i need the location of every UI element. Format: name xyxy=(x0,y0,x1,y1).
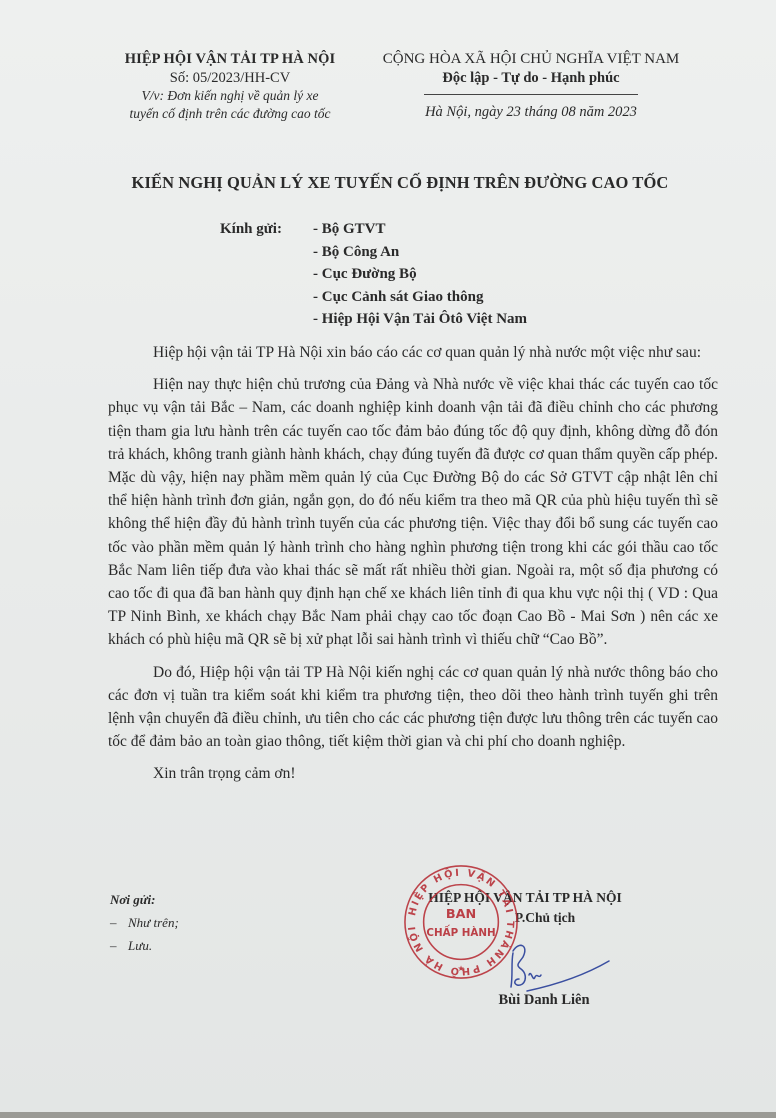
subject-line-2: tuyến cố định trên các đường cao tốc xyxy=(80,105,380,123)
document-body: Hiệp hội vận tải TP Hà Nội xin báo cáo c… xyxy=(108,341,718,795)
nation-name: CỘNG HÒA XÃ HỘI CHỦ NGHĨA VIỆT NAM xyxy=(370,50,692,69)
motto-underline xyxy=(424,94,638,95)
list-dash: – xyxy=(110,934,128,957)
signer-name: Bùi Danh Liên xyxy=(458,990,630,1010)
signing-organization: HIỆP HỘI VẬN TẢI TP HÀ NỘI xyxy=(420,888,630,908)
recipient-item: - Bộ Công An xyxy=(313,241,399,264)
distribution-item: Như trên; xyxy=(128,915,179,930)
recipient-item: - Bộ GTVT xyxy=(313,218,386,241)
issuer-header: HIỆP HỘI VẬN TẢI TP HÀ NỘI Số: 05/2023/H… xyxy=(80,50,380,123)
distribution-list: Nơi gửi: –Như trên; –Lưu. xyxy=(110,888,179,957)
body-paragraph-situation: Hiện nay thực hiện chủ trương của Đảng v… xyxy=(108,373,718,651)
body-paragraph-request: Do đó, Hiệp hội vận tải TP Hà Nội kiến n… xyxy=(108,661,718,754)
signer-role: P.Chủ tịch xyxy=(460,908,630,928)
recipients-block: Kính gửi:- Bộ GTVT - Bộ Công An - Cục Đư… xyxy=(220,218,527,331)
document-title: KIẾN NGHỊ QUẢN LÝ XE TUYẾN CỐ ĐỊNH TRÊN … xyxy=(80,173,720,193)
distribution-heading: Nơi gửi: xyxy=(110,888,179,911)
body-paragraph-intro: Hiệp hội vận tải TP Hà Nội xin báo cáo c… xyxy=(108,341,718,364)
closing-thanks: Xin trân trọng cảm ơn! xyxy=(108,762,718,785)
document-page: HIỆP HỘI VẬN TẢI TP HÀ NỘI Số: 05/2023/H… xyxy=(0,0,776,1112)
issuer-organization: HIỆP HỘI VẬN TẢI TP HÀ NỘI xyxy=(80,50,380,69)
list-dash: – xyxy=(110,911,128,934)
national-header: CỘNG HÒA XÃ HỘI CHỦ NGHĨA VIỆT NAM Độc l… xyxy=(370,50,692,121)
distribution-item: Lưu. xyxy=(128,938,152,953)
national-motto: Độc lập - Tự do - Hạnh phúc xyxy=(370,69,692,88)
photo-bottom-edge xyxy=(0,1112,776,1118)
document-number: Số: 05/2023/HH-CV xyxy=(80,69,380,87)
recipient-item: - Cục Đường Bộ xyxy=(313,263,417,286)
recipient-item: - Cục Cảnh sát Giao thông xyxy=(313,286,483,309)
signature-block: HIỆP HỘI VẬN TẢI TP HÀ NỘI P.Chủ tịch Bù… xyxy=(420,888,630,1010)
place-and-date: Hà Nội, ngày 23 tháng 08 năm 2023 xyxy=(370,103,692,121)
recipients-label: Kính gửi: xyxy=(220,218,313,241)
recipient-item: - Hiệp Hội Vận Tải Ôtô Việt Nam xyxy=(313,308,527,331)
subject-line-1: V/v: Đơn kiến nghị về quản lý xe xyxy=(80,87,380,105)
